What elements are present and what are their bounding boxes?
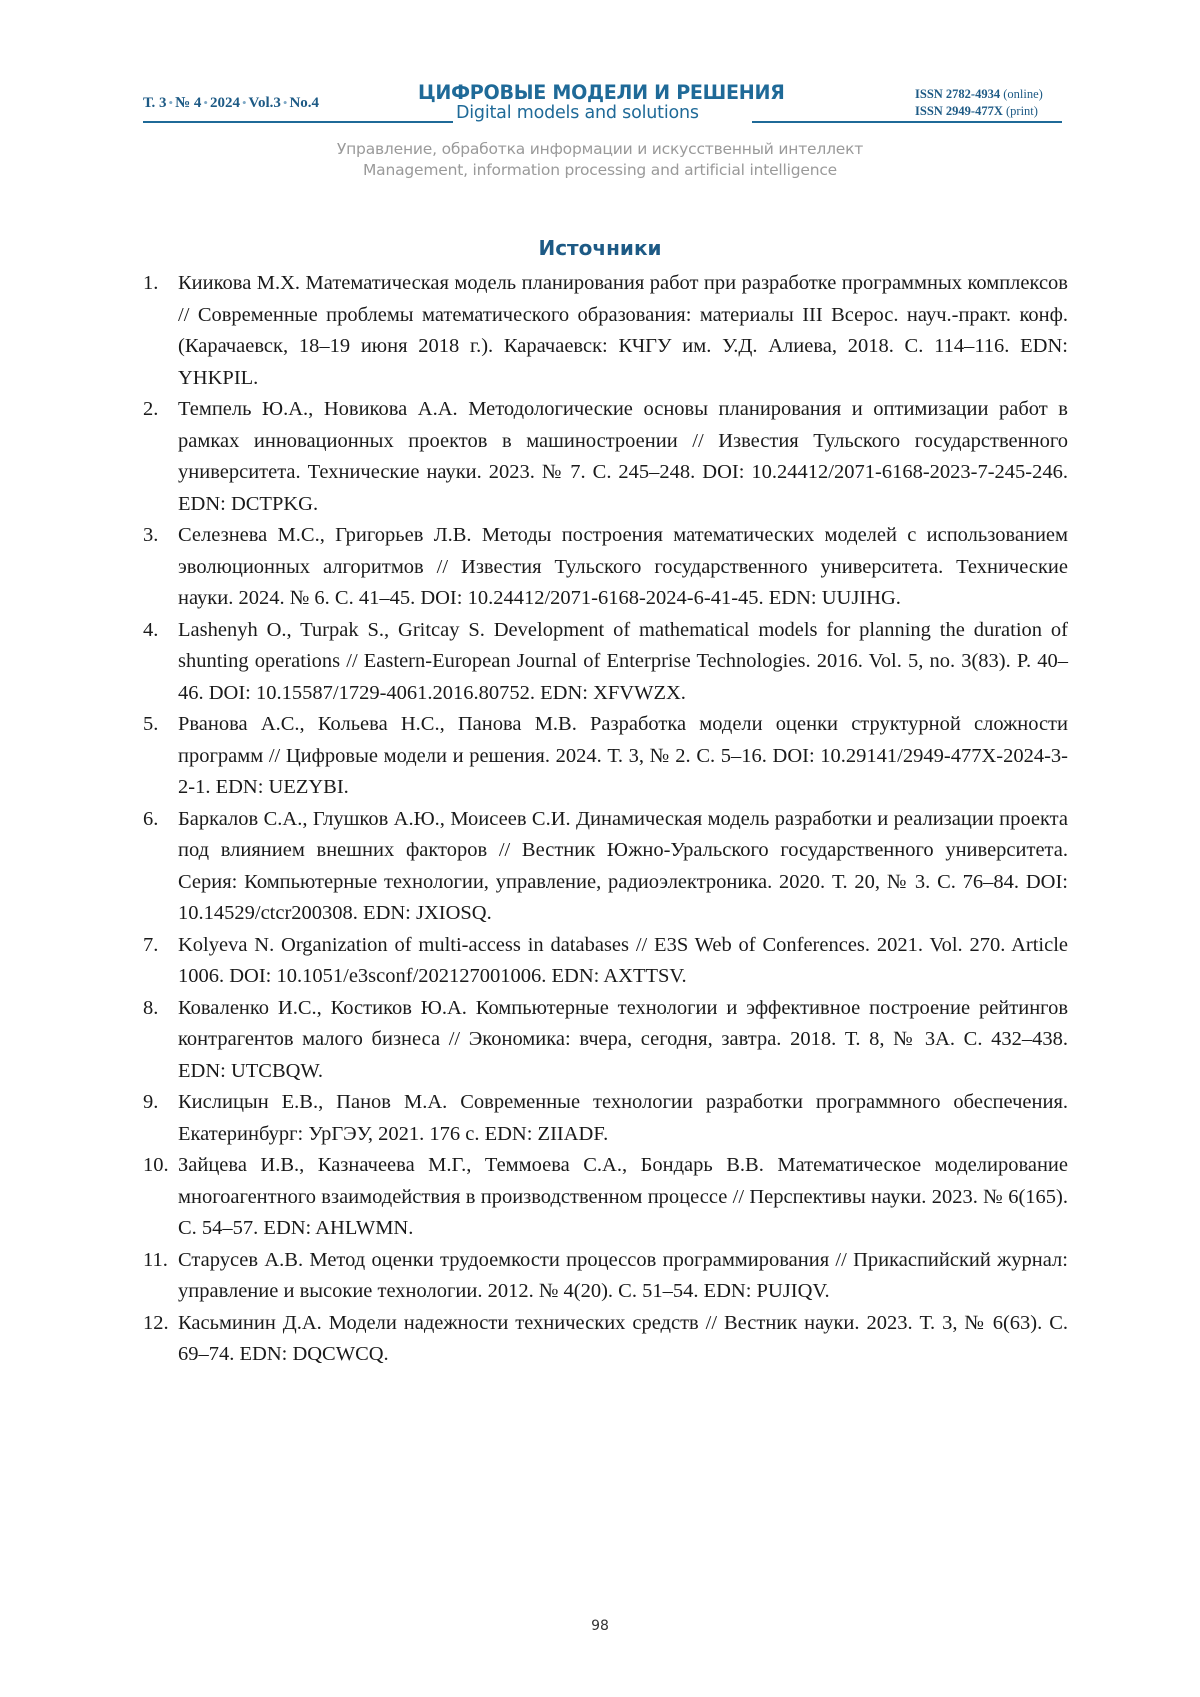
reference-number: 9. xyxy=(143,1087,158,1119)
reference-number: 5. xyxy=(143,709,158,741)
reference-item: 3.Селезнева М.С., Григорьев Л.В. Методы … xyxy=(143,520,1068,615)
reference-number: 10. xyxy=(143,1150,169,1182)
reference-text: Старусев А.В. Метод оценки трудоемкости … xyxy=(178,1245,1068,1308)
reference-text: Селезнева М.С., Григорьев Л.В. Методы по… xyxy=(178,520,1068,615)
reference-item: 11.Старусев А.В. Метод оценки трудоемкос… xyxy=(143,1245,1068,1308)
reference-text: Касьминин Д.А. Модели надежности техниче… xyxy=(178,1308,1068,1371)
journal-title-en: Digital models and solutions xyxy=(456,103,699,123)
reference-text: Lashenyh O., Turpak S., Gritcay S. Devel… xyxy=(178,615,1068,710)
reference-item: 6.Баркалов С.А., Глушков А.Ю., Моисеев С… xyxy=(143,804,1068,930)
issn-print: ISSN 2949-477X (print) xyxy=(915,103,1043,120)
page-number: 98 xyxy=(0,1618,1200,1634)
references-list: 1.Киикова М.Х. Математическая модель пла… xyxy=(143,268,1068,1371)
reference-text: Kolyeva N. Organization of multi-access … xyxy=(178,930,1068,993)
header-rule-left xyxy=(143,121,453,123)
references-heading: Источники xyxy=(0,236,1200,260)
separator-dot: • xyxy=(167,95,176,110)
reference-item: 12.Касьминин Д.А. Модели надежности техн… xyxy=(143,1308,1068,1371)
reference-item: 4.Lashenyh O., Turpak S., Gritcay S. Dev… xyxy=(143,615,1068,710)
reference-text: Темпель Ю.А., Новикова А.А. Методологиче… xyxy=(178,394,1068,520)
issn-print-number: ISSN 2949-477X xyxy=(915,104,1003,118)
reference-text: Коваленко И.С., Костиков Ю.А. Компьютерн… xyxy=(178,993,1068,1088)
issue-info: Т. 3•№ 4•2024•Vol.3•No.4 xyxy=(143,95,319,112)
issue-number: № 4 xyxy=(175,95,201,111)
issn-block: ISSN 2782-4934 (online) ISSN 2949-477X (… xyxy=(915,86,1043,120)
reference-item: 8.Коваленко И.С., Костиков Ю.А. Компьюте… xyxy=(143,993,1068,1088)
section-title-en: Management, information processing and a… xyxy=(0,161,1200,179)
section-title-ru: Управление, обработка информации и искус… xyxy=(0,140,1200,158)
reference-number: 8. xyxy=(143,993,158,1025)
reference-item: 10.Зайцева И.В., Казначеева М.Г., Теммое… xyxy=(143,1150,1068,1245)
issn-online-label: (online) xyxy=(1003,87,1043,101)
reference-text: Зайцева И.В., Казначеева М.Г., Теммоева … xyxy=(178,1150,1068,1245)
reference-item: 7.Kolyeva N. Organization of multi-acces… xyxy=(143,930,1068,993)
reference-number: 1. xyxy=(143,268,158,300)
issue-number-en: No.4 xyxy=(289,95,319,111)
header-rule-right xyxy=(752,121,1062,123)
issn-online-number: ISSN 2782-4934 xyxy=(915,87,1000,101)
separator-dot: • xyxy=(201,95,210,110)
reference-item: 9.Кислицын Е.В., Панов М.А. Современные … xyxy=(143,1087,1068,1150)
reference-number: 12. xyxy=(143,1308,169,1340)
reference-text: Кислицын Е.В., Панов М.А. Современные те… xyxy=(178,1087,1068,1150)
issue-volume-en: Vol.3 xyxy=(249,95,281,111)
document-page: Т. 3•№ 4•2024•Vol.3•No.4 ЦИФРОВЫЕ МОДЕЛИ… xyxy=(0,0,1200,1697)
reference-text: Киикова М.Х. Математическая модель плани… xyxy=(178,268,1068,394)
reference-number: 4. xyxy=(143,615,158,647)
issn-print-label: (print) xyxy=(1006,104,1038,118)
reference-number: 7. xyxy=(143,930,158,962)
separator-dot: • xyxy=(240,95,249,110)
reference-number: 6. xyxy=(143,804,158,836)
reference-item: 1.Киикова М.Х. Математическая модель пла… xyxy=(143,268,1068,394)
issue-volume: Т. 3 xyxy=(143,95,167,111)
reference-number: 2. xyxy=(143,394,158,426)
issue-year: 2024 xyxy=(210,95,240,111)
reference-number: 3. xyxy=(143,520,158,552)
issn-online: ISSN 2782-4934 (online) xyxy=(915,86,1043,103)
journal-title-ru: ЦИФРОВЫЕ МОДЕЛИ И РЕШЕНИЯ xyxy=(418,81,785,104)
reference-text: Рванова А.С., Кольева Н.С., Панова М.В. … xyxy=(178,709,1068,804)
reference-text: Баркалов С.А., Глушков А.Ю., Моисеев С.И… xyxy=(178,804,1068,930)
reference-number: 11. xyxy=(143,1245,168,1277)
reference-item: 2.Темпель Ю.А., Новикова А.А. Методологи… xyxy=(143,394,1068,520)
reference-item: 5.Рванова А.С., Кольева Н.С., Панова М.В… xyxy=(143,709,1068,804)
